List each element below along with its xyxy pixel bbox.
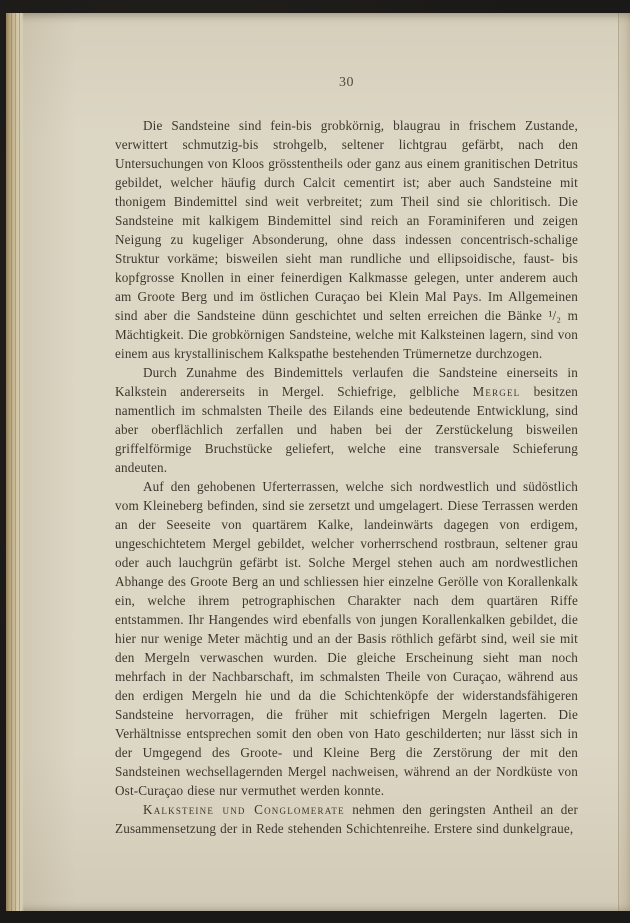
paragraph: Kalksteine und Conglomerate nehmen den g… <box>115 800 578 838</box>
text-block: 30 Die Sandsteine sind fein-bis grobkörn… <box>115 75 578 838</box>
page-right-crease <box>618 13 619 911</box>
paragraph: Durch Zunahme des Bindemittels verlaufen… <box>115 363 578 477</box>
paragraph: Die Sandsteine sind fein-bis grobkörnig,… <box>115 116 578 363</box>
book-page: 30 Die Sandsteine sind fein-bis grobkörn… <box>6 13 630 911</box>
smallcaps-term: Mergel <box>472 384 520 399</box>
page-right-shade <box>619 13 630 911</box>
page-edge-stack <box>6 13 24 911</box>
page-edge-line <box>15 13 16 911</box>
page-edge-line <box>19 13 20 911</box>
text-segment: Auf den gehobenen Uferterrassen, welche … <box>115 479 578 798</box>
paragraphs-container: Die Sandsteine sind fein-bis grobkörnig,… <box>115 116 578 838</box>
page-edge-line <box>11 13 12 911</box>
text-segment: Die Sandsteine sind fein-bis grobkörnig,… <box>115 118 578 361</box>
smallcaps-term: Kalksteine und Conglomerate <box>143 802 345 817</box>
paragraph: Auf den gehobenen Uferterrassen, welche … <box>115 477 578 800</box>
page-number: 30 <box>115 75 578 91</box>
scan-background: 30 Die Sandsteine sind fein-bis grobkörn… <box>0 0 630 923</box>
